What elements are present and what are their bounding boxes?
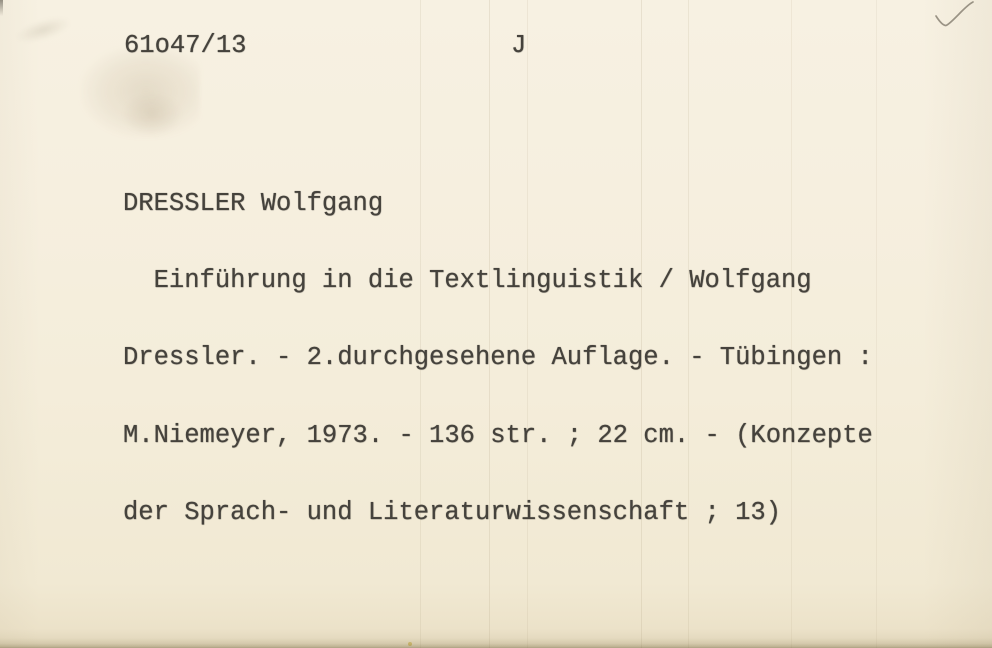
entry-imprint-line: M.Niemeyer, 1973. - 136 str. ; 22 cm. - … <box>123 423 873 449</box>
entry-series-line: der Sprach- und Literaturwissenschaft ; … <box>123 500 873 526</box>
paper-speck <box>408 642 412 646</box>
entry-heading: DRESSLER Wolfgang <box>123 191 873 217</box>
section-letter: J <box>511 33 526 59</box>
catalog-card: 61o47/13 J DRESSLER Wolfgang Einführung … <box>0 0 992 648</box>
scan-edge-artifact <box>0 0 3 16</box>
entry-edition-line: Dressler. - 2.durchgesehene Auflage. - T… <box>123 345 873 371</box>
pencil-checkmark-icon <box>925 0 987 36</box>
paper-stain <box>80 48 200 138</box>
catalog-entry: DRESSLER Wolfgang Einführung in die Text… <box>123 139 873 578</box>
paper-streak <box>876 0 877 648</box>
entry-title-line: Einführung in die Textlinguistik / Wolfg… <box>123 268 873 294</box>
paper-stain-lobe <box>122 92 182 136</box>
paper-smudge <box>12 12 73 48</box>
card-bottom-edge-shadow <box>0 638 992 648</box>
call-number: 61o47/13 <box>124 33 246 59</box>
